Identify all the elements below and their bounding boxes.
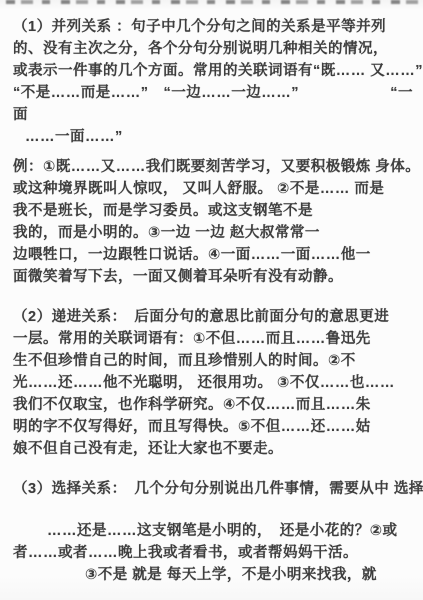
text-line: “不是……而是……” “一边……一边……” “一 <box>13 82 413 104</box>
text-fragment-wrapped-right: “一 <box>390 82 413 104</box>
page: （1）并列关系 ：句子中几个分句之间的关系是平等并列 的、没有主次之分，各个分句… <box>0 0 423 600</box>
text-line: 边喂牲口，一边跟牲口说话。④一面……一面……他一 <box>13 244 413 266</box>
text-line: 或表示一件事的几个方面。常用的关联词语有“既…… 又……” <box>13 60 413 82</box>
text-line: 我不是班长，而是学习委员。或这支钢笔不是 <box>13 200 413 222</box>
text-line: 面 <box>13 104 413 126</box>
text-line: （1）并列关系 ：句子中几个分句之间的关系是平等并列 <box>13 16 413 38</box>
section-progressive-relation: （2）递进关系： 后面分句的意思比前面分句的意思更进 一层。常用的关联词语有：①… <box>13 306 413 460</box>
text-line: （2）递进关系： 后面分句的意思比前面分句的意思更进 <box>13 306 413 328</box>
text-line: （3）选择关系： 几个分句分别说出几件事情，需要从中 选择一件。 <box>13 478 413 500</box>
section-selective-relation-examples: ……还是……这支钢笔是小明的， 还是小花的？②或 者……或者……晚上我或者看书，… <box>13 520 413 586</box>
text-line: 光……还……他不光聪明， 还很用功。 ③不仅……也…… <box>13 372 413 394</box>
text-line: 我们不仅取宝，也作科学研究。④不仅……而且……朱 <box>13 394 413 416</box>
text-line: 一层。常用的关联词语有：①不但……而且……鲁迅先 <box>13 328 413 350</box>
text-line: 者……或者……晚上我或者看书，或者帮妈妈干活。 <box>13 542 413 564</box>
text-line: 明的字不仅写得好，而且写得快。⑤不但……还……姑 <box>13 416 413 438</box>
text-line: 我的，而是小明的。③一边 一边 赵大叔常常一 <box>13 222 413 244</box>
top-clipped-text-strip <box>6 0 423 4</box>
text-line: ……还是……这支钢笔是小明的， 还是小花的？②或 <box>13 520 413 542</box>
text-line: 面微笑着写下去，一面又侧着耳朵听有没有动静。 <box>13 266 413 288</box>
section-coordinate-relation-heading: （1）并列关系 ：句子中几个分句之间的关系是平等并列 的、没有主次之分，各个分句… <box>13 16 413 148</box>
text-line: ……一面……” <box>13 126 413 148</box>
text-fragment-left: “不是……而是……” “一边……一边……” <box>13 82 299 104</box>
text-line: 的、没有主次之分，各个分句分别说明几种相关的情况， <box>13 38 413 60</box>
text-line: 娘不但自己没有走，还让大家也不要走。 <box>13 438 413 460</box>
section-coordinate-relation-examples: 例：①既……又……我们既要刻苦学习，又要积极锻炼 身体。 或这种境界既叫人惊叹，… <box>13 156 413 288</box>
text-line: 例：①既……又……我们既要刻苦学习，又要积极锻炼 身体。 <box>13 156 413 178</box>
text-line: 生不但珍惜自己的时间，而且珍惜别人的时间。②不 <box>13 350 413 372</box>
text-line: 或这种境界既叫人惊叹， 又叫人舒服。 ②不是…… 而是 <box>13 178 413 200</box>
text-line: ③不是 就是 每天上学，不是小明来找我，就 <box>13 564 413 586</box>
section-selective-relation-heading: （3）选择关系： 几个分句分别说出几件事情，需要从中 选择一件。 <box>13 478 413 500</box>
